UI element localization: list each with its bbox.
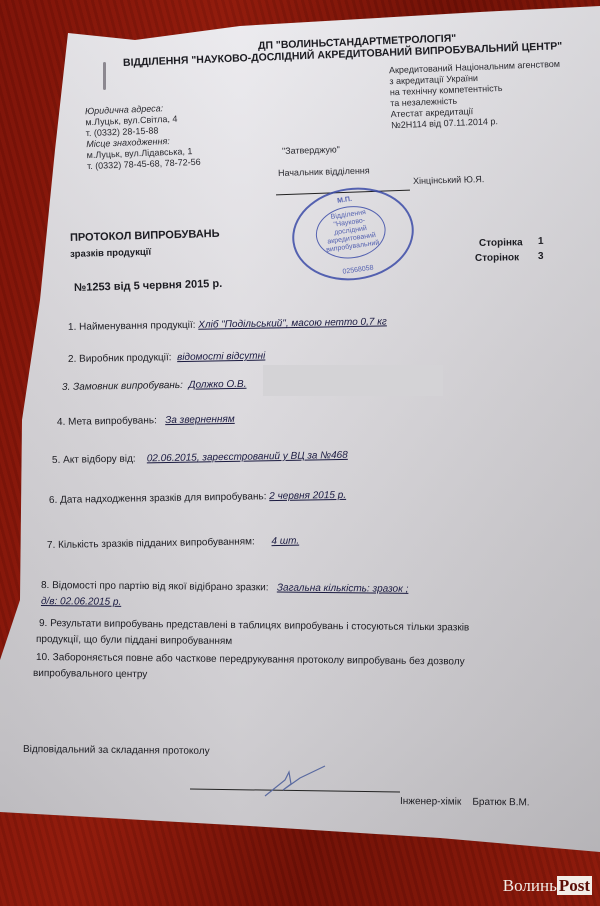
protocol-title: ПРОТОКОЛ ВИПРОБУВАНЬ	[70, 228, 220, 244]
item-receipt-date: 6. Дата надходження зразків для випробув…	[49, 490, 346, 506]
test-protocol-document: ДП "ВОЛИНЬСТАНДАРТМЕТРОЛОГІЯ" ВІДДІЛЕННЯ…	[0, 0, 600, 906]
redacted-area	[263, 365, 443, 396]
seal-mark: М.П.	[337, 196, 353, 205]
watermark-box: Post	[557, 876, 592, 895]
item-value: 2 червня 2015 р.	[269, 490, 346, 502]
protocol-number-date: №1253 від 5 червня 2015 р.	[74, 278, 223, 294]
item-purpose: 4. Мета випробувань: За зверненням	[57, 414, 235, 428]
stamp-code: 02568058	[299, 258, 417, 281]
item-value: Загальна кількість: зразок ;	[277, 582, 409, 594]
note-9-line2: продукції, що були піддані випробуванням	[36, 634, 232, 647]
item-product-name: 1. Найменування продукції: Хліб "Подільс…	[68, 316, 387, 333]
volyn-post-watermark: ВолиньPost	[503, 876, 592, 896]
item-sample-count: 7. Кількість зразків підданих випробуван…	[47, 536, 299, 551]
item-value: відомості відсутні	[177, 351, 265, 364]
item-value: За зверненням	[165, 414, 235, 426]
item-batch-date: д/в: 02.06.2015 р.	[41, 596, 121, 608]
approver-name: Хінцінський Ю.Я.	[413, 174, 485, 187]
staple-icon	[103, 62, 106, 90]
address-block: Юридична адреса: м.Луцьк, вул.Світла, 4 …	[85, 102, 201, 172]
item-value: 4 шт.	[271, 536, 299, 547]
page-value: 1	[538, 236, 544, 247]
item-label: 6. Дата надходження зразків для випробув…	[49, 491, 267, 506]
signature-mark	[255, 760, 335, 800]
item-label: 7. Кількість зразків підданих випробуван…	[47, 536, 255, 551]
item-label: 8. Відомості про партію від якої відібра…	[41, 580, 269, 593]
item-value: д/в: 02.06.2015 р.	[41, 596, 121, 608]
accreditation-block: Акредитований Національним агенством з а…	[389, 59, 563, 132]
item-label: 3. Замовник випробувань:	[62, 380, 183, 393]
protocol-subtitle: зразків продукції	[70, 247, 151, 260]
signer-position: Інженер-хімік	[400, 796, 461, 808]
item-label: 1. Найменування продукції:	[68, 320, 196, 333]
item-batch-info: 8. Відомості про партію від якої відібра…	[41, 580, 409, 595]
responsible-signer: Інженер-хімік Братюк В.М.	[400, 796, 530, 808]
item-label: 4. Мета випробувань:	[57, 415, 157, 428]
signer-name: Братюк В.М.	[472, 797, 529, 809]
item-manufacturer: 2. Виробник продукції: відомості відсутн…	[68, 351, 265, 365]
watermark-text: Волинь	[503, 876, 557, 895]
note-10-line2: випробувального центру	[33, 668, 147, 680]
stamp-center: Відділення "Науково- дослідний акредитов…	[312, 202, 389, 263]
item-sampling-act: 5. Акт відбору від: 02.06.2015, зареєстр…	[52, 450, 348, 466]
item-label: 5. Акт відбору від:	[52, 454, 136, 466]
responsible-label: Відповідальний за складання протоколу	[23, 744, 210, 757]
note-10-line1: 10. Забороняється повне або часткове пер…	[36, 652, 465, 667]
item-value: 02.06.2015, зареєстрований у ВЦ за №468	[147, 450, 348, 465]
item-label: 2. Виробник продукції:	[68, 352, 172, 365]
approver-position: Начальник відділення	[278, 165, 370, 179]
item-value: Хліб "Подільський", масою нетто 0,7 кг	[198, 316, 387, 330]
pages-label: Сторінок	[475, 252, 519, 264]
item-value: Должко О.В.	[188, 379, 246, 391]
approval-label: "Затверджую"	[282, 144, 340, 157]
pages-value: 3	[538, 251, 544, 262]
page-label: Сторінка	[479, 237, 523, 249]
note-9-line1: 9. Результати випробувань представлені в…	[39, 618, 469, 634]
official-stamp: М.П. Відділення "Науково- дослідний акре…	[286, 180, 420, 288]
item-customer: 3. Замовник випробувань: Должко О.В.	[62, 379, 247, 393]
